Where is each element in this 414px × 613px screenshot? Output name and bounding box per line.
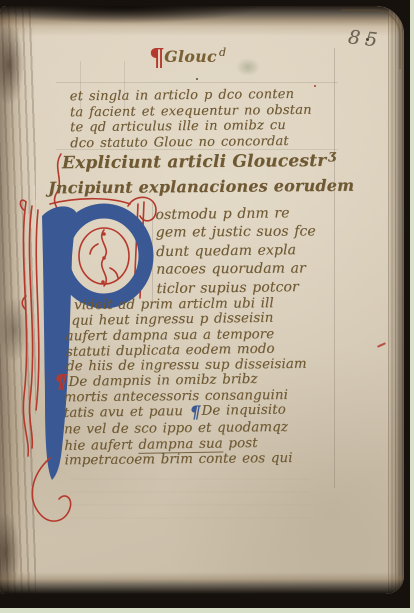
explicit-heading: Expliciunt articli Gloucestrʒ <box>62 150 354 177</box>
manuscript-line: te qd articulus ille in omibz cu <box>70 118 312 136</box>
red-margin-flourish <box>20 200 38 456</box>
manuscript-line: ostmodu p dnm re <box>155 204 315 225</box>
manuscript-photo: 85 ¶Gloucd et singla in articlo p dco co… <box>0 0 414 613</box>
manuscript-line: videlt ad prim articlm ubi ill <box>62 296 306 314</box>
folio-number: 85 <box>347 26 383 51</box>
running-title: ¶Gloucd <box>149 44 224 72</box>
manuscript-line: dco statuto Glouc no concordat <box>70 133 312 151</box>
manuscript-line: de hiis de ingressu sup disseisiam <box>63 357 307 375</box>
red-margin-tick <box>377 342 386 347</box>
rubric-headings: Expliciunt articli Gloucestrʒ Jncipiunt … <box>62 150 355 200</box>
manuscript-line: gem et justic suos fce <box>156 223 316 243</box>
manuscript-line: mortis antecessoris consanguini <box>63 388 307 406</box>
manuscript-line: et singla in articlo p dco conten <box>70 87 312 105</box>
running-title-abbreviation: d <box>219 46 226 59</box>
red-bowl-filigree <box>79 228 129 286</box>
running-title-word: Glouc <box>164 47 217 66</box>
manuscript-line: impetracoem brim conte eos qui <box>64 451 308 469</box>
manuscript-line: aufert dampna sua a tempore <box>63 326 307 344</box>
ink-speck <box>196 78 198 80</box>
heading-flourish: ʒ <box>328 148 336 163</box>
ruling-line-horizontal <box>56 82 338 83</box>
manuscript-page: 85 ¶Gloucd et singla in articlo p dco co… <box>0 6 404 594</box>
main-text-block: videlt ad prim articlm ubi ill qui heut … <box>62 295 308 469</box>
ruling-line-vertical <box>334 48 335 488</box>
stain-smudge <box>236 58 260 76</box>
ink-speck <box>314 85 316 87</box>
manuscript-line: ne vel de sco ippo et quodamqz <box>64 420 308 438</box>
manuscript-line: dunt quedam expla <box>156 241 316 262</box>
intro-text-block: et singla in articlo p dco conten ta fac… <box>70 87 312 152</box>
page-stack-edge <box>388 6 404 594</box>
paraph-mark-red: ¶ <box>149 44 164 72</box>
page-bottom-edge <box>0 572 404 594</box>
manuscript-line: nacoes quorudam ar <box>156 260 316 280</box>
first-paragraph-beside-initial: ostmodu p dnm re gem et justic suos fce … <box>155 204 316 298</box>
